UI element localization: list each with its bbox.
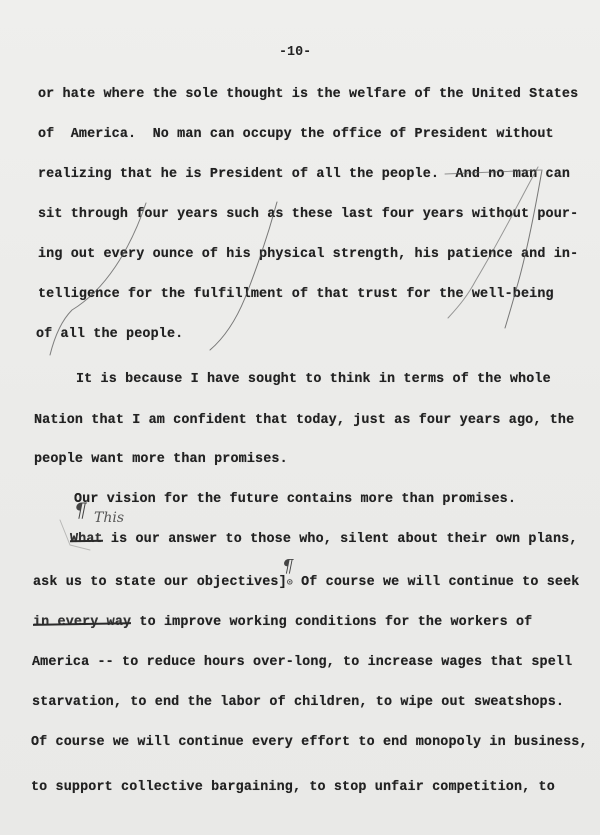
text-line: of all the people. — [36, 327, 183, 343]
text-line: people want more than promises. — [34, 452, 288, 468]
text-segment: is our answer to those who, silent about… — [103, 532, 578, 547]
text-line: in every way to improve working conditio… — [33, 615, 532, 631]
text-line: of America. No man can occupy the office… — [38, 127, 554, 143]
text-line: It is because I have sought to think in … — [76, 372, 551, 388]
paragraph-mark-annotation: ¶ — [282, 556, 293, 577]
text-segment: to improve working conditions for the wo… — [131, 615, 532, 630]
paragraph-mark-annotation: ¶ — [74, 498, 87, 522]
text-line: starvation, to end the labor of children… — [32, 695, 564, 711]
document-page: -10- or hate where the sole thought is t… — [0, 0, 600, 835]
text-line: Our vision for the future contains more … — [74, 492, 516, 508]
text-line: telligence for the fulfillment of that t… — [38, 287, 554, 303]
inserted-bracket-mark: ] — [279, 575, 287, 590]
text-line: ask us to state our objectives]⊙ Of cour… — [33, 575, 579, 592]
text-line: What is our answer to those who, silent … — [70, 532, 578, 548]
text-line: America -- to reduce hours over-long, to… — [32, 655, 572, 671]
text-line: to support collective bargaining, to sto… — [31, 780, 555, 796]
text-segment: ask us to state our objectives — [33, 575, 279, 590]
struck-out-phrase: in every way — [33, 615, 131, 630]
text-line: realizing that he is President of all th… — [38, 167, 570, 183]
page-number: -10- — [279, 45, 311, 60]
text-segment: Of course we will continue to seek — [293, 575, 580, 590]
handwritten-replacement-word: This — [94, 510, 124, 526]
text-line: or hate where the sole thought is the we… — [38, 87, 578, 103]
text-line: Of course we will continue every effort … — [31, 735, 588, 751]
text-line: ing out every ounce of his physical stre… — [38, 247, 578, 263]
text-line: Nation that I am confident that today, j… — [34, 413, 574, 429]
struck-out-word: What — [70, 532, 103, 547]
text-line: sit through four years such as these las… — [38, 207, 578, 223]
